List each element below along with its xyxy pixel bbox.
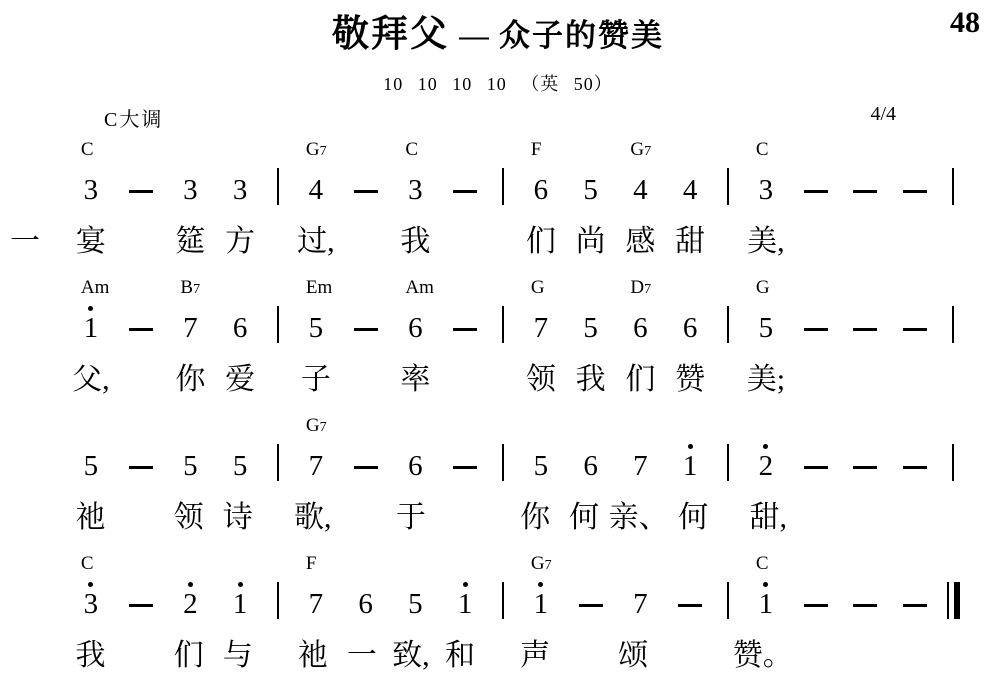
octave-dot-spacer xyxy=(313,306,318,311)
note-number: 6 xyxy=(408,313,423,343)
barline-glyph xyxy=(952,168,954,205)
chord-label: F xyxy=(531,139,542,161)
lyric-syllable: 方 xyxy=(225,221,255,263)
note-cell: 5 xyxy=(516,417,566,481)
note-number: 7 xyxy=(309,589,324,619)
duration-dash xyxy=(791,555,841,619)
barline xyxy=(490,555,516,619)
octave-dot xyxy=(88,306,93,311)
key-signature: C大调 xyxy=(104,103,163,132)
meter-info: 10 10 10 10 （英 50） xyxy=(0,70,996,95)
lyric-syllable: 们 xyxy=(526,221,556,263)
lyric-syllable: 何 xyxy=(569,497,599,539)
octave-dot-spacer xyxy=(763,306,768,311)
octave-dot-spacer xyxy=(188,306,193,311)
note-cell: G71 xyxy=(516,555,566,619)
dash-glyph xyxy=(354,190,378,193)
octave-dot xyxy=(188,582,193,587)
chord-label: B7 xyxy=(180,277,200,301)
barline-glyph xyxy=(952,306,954,343)
note-cell: 1 xyxy=(665,417,715,481)
notes-row: C321F7651G717C1 xyxy=(66,555,966,619)
lyric-syllable: 致, xyxy=(392,635,430,677)
note-number: 5 xyxy=(759,313,774,343)
chord-label: Em xyxy=(306,277,332,299)
dash-glyph xyxy=(853,190,877,193)
barline-glyph xyxy=(502,306,504,343)
note-number: 7 xyxy=(183,313,198,343)
notes-row: C333G74C3F65G744C3 xyxy=(66,141,966,205)
dash-glyph xyxy=(579,604,603,607)
chord-label: G7 xyxy=(630,139,651,163)
song-subtitle: 众子的赞美 xyxy=(499,18,664,53)
score-line: 555G77656712祂领诗歌,于你何亲、何甜, xyxy=(66,417,996,539)
note-number: 5 xyxy=(583,175,598,205)
barline xyxy=(940,141,966,205)
notes-row: 555G77656712 xyxy=(66,417,966,481)
note-cell: 6 xyxy=(665,279,715,343)
octave-dot-spacer xyxy=(588,444,593,449)
barline xyxy=(715,417,741,481)
lyric-syllable: 爱 xyxy=(225,359,255,401)
barline xyxy=(940,417,966,481)
note-cell: 7 xyxy=(616,417,666,481)
lyrics-row: 我们与祂一致,和声颂赞。 xyxy=(66,635,966,677)
note-cell: 6 xyxy=(215,279,265,343)
octave-dot-spacer xyxy=(88,444,93,449)
lyric-syllable: 们 xyxy=(625,359,655,401)
note-number: 7 xyxy=(633,589,648,619)
note-cell: 1 xyxy=(215,555,265,619)
barline-glyph xyxy=(727,306,729,343)
verse-number: 一 xyxy=(10,221,40,263)
note-cell: 3 xyxy=(215,141,265,205)
octave-dot-spacer xyxy=(413,444,418,449)
barline xyxy=(715,141,741,205)
note-number: 3 xyxy=(183,175,198,205)
dash-glyph xyxy=(453,328,477,331)
note-number: 6 xyxy=(583,451,598,481)
octave-dot-spacer xyxy=(313,444,318,449)
dash-glyph xyxy=(129,604,153,607)
dash-glyph xyxy=(804,190,828,193)
chord-label: C xyxy=(81,139,94,161)
barline-glyph xyxy=(952,444,954,481)
note-cell: C1 xyxy=(741,555,791,619)
note-cell: G74 xyxy=(291,141,341,205)
chord-label: G7 xyxy=(306,139,327,163)
note-number: 4 xyxy=(683,175,698,205)
dash-glyph xyxy=(804,604,828,607)
notes-row: Am1B776Em5Am6G75D766G5 xyxy=(66,279,966,343)
octave-dot-spacer xyxy=(238,168,243,173)
chord-seventh: 7 xyxy=(320,144,327,159)
note-number: 7 xyxy=(309,451,324,481)
lyric-syllable: 我 xyxy=(400,221,430,263)
lyric-syllable: 声 xyxy=(520,635,550,677)
note-number: 1 xyxy=(534,589,549,619)
note-cell: D76 xyxy=(616,279,666,343)
duration-dash xyxy=(665,555,715,619)
hymn-page: 48 敬拜父—众子的赞美 10 10 10 10 （英 50） C大调 4/4 … xyxy=(0,0,996,689)
note-number: 1 xyxy=(683,451,698,481)
barline-glyph xyxy=(277,582,279,619)
octave-dot-spacer xyxy=(638,444,643,449)
barline-glyph xyxy=(277,168,279,205)
time-signature: 4/4 xyxy=(870,103,896,126)
dash-glyph xyxy=(804,328,828,331)
lyric-syllable: 尚 xyxy=(576,221,606,263)
score-line: Am1B776Em5Am6G75D766G5父,你爱子率领我们赞美; xyxy=(66,279,996,401)
lyric-syllable: 美, xyxy=(747,221,785,263)
octave-dot xyxy=(688,444,693,449)
duration-dash xyxy=(890,417,940,481)
duration-dash xyxy=(890,279,940,343)
duration-dash xyxy=(341,417,391,481)
lyric-syllable: 与 xyxy=(223,635,253,677)
note-number: 3 xyxy=(84,589,99,619)
score-line: C321F7651G717C1我们与祂一致,和声颂赞。 xyxy=(66,555,996,677)
note-number: 5 xyxy=(183,451,198,481)
duration-dash xyxy=(791,141,841,205)
octave-dot-spacer xyxy=(538,168,543,173)
octave-dot-spacer xyxy=(763,168,768,173)
note-cell: 6 xyxy=(341,555,391,619)
barline xyxy=(490,417,516,481)
note-cell: 5 xyxy=(66,417,116,481)
note-cell: Am6 xyxy=(391,279,441,343)
duration-dash xyxy=(440,417,490,481)
barline-glyph xyxy=(727,444,729,481)
octave-dot-spacer xyxy=(238,306,243,311)
barline-glyph xyxy=(502,582,504,619)
chord-label: Am xyxy=(405,277,434,299)
duration-dash xyxy=(791,417,841,481)
lyric-syllable: 们 xyxy=(174,635,204,677)
octave-dot-spacer xyxy=(188,444,193,449)
octave-dot-spacer xyxy=(538,444,543,449)
lyric-syllable: 筵 xyxy=(175,221,205,263)
barline xyxy=(265,141,291,205)
chord-seventh: 7 xyxy=(644,144,651,159)
note-number: 2 xyxy=(759,451,774,481)
note-number: 5 xyxy=(583,313,598,343)
lyric-syllable: 宴 xyxy=(76,221,106,263)
note-cell: G7 xyxy=(516,279,566,343)
lyric-syllable: 歌, xyxy=(294,497,332,539)
octave-dot-spacer xyxy=(413,306,418,311)
octave-dot-spacer xyxy=(638,168,643,173)
page-number: 48 xyxy=(950,6,980,40)
lyric-syllable: 领 xyxy=(526,359,556,401)
lyric-syllable: 美; xyxy=(747,359,785,401)
chord-label: C xyxy=(405,139,418,161)
note-number: 5 xyxy=(233,451,248,481)
final-thick-bar xyxy=(954,582,960,619)
note-number: 5 xyxy=(534,451,549,481)
duration-dash xyxy=(341,141,391,205)
note-number: 4 xyxy=(309,175,324,205)
note-cell: 5 xyxy=(566,141,616,205)
note-cell: Am1 xyxy=(66,279,116,343)
duration-dash xyxy=(841,417,891,481)
chord-seventh: 7 xyxy=(193,282,200,297)
note-number: 5 xyxy=(84,451,99,481)
duration-dash xyxy=(116,417,166,481)
chord-seventh: 7 xyxy=(545,558,552,573)
chord-label: Am xyxy=(81,277,110,299)
note-number: 6 xyxy=(633,313,648,343)
barline xyxy=(940,279,966,343)
octave-dot xyxy=(88,582,93,587)
lyric-syllable: 一 xyxy=(347,635,377,677)
lyric-syllable: 诗 xyxy=(223,497,253,539)
note-cell: G77 xyxy=(291,417,341,481)
barline xyxy=(265,417,291,481)
lyric-syllable: 我 xyxy=(76,635,106,677)
octave-dot-spacer xyxy=(88,168,93,173)
barline-glyph xyxy=(502,168,504,205)
lyric-syllable: 你 xyxy=(175,359,205,401)
barline xyxy=(715,555,741,619)
lyric-syllable: 于 xyxy=(396,497,426,539)
dash-glyph xyxy=(853,328,877,331)
note-cell: 1 xyxy=(440,555,490,619)
note-cell: Em5 xyxy=(291,279,341,343)
duration-dash xyxy=(116,555,166,619)
lyric-syllable: 甜 xyxy=(675,221,705,263)
barline-glyph xyxy=(277,306,279,343)
score-line: C333G74C3F65G744C3一宴筵方过,我们尚感甜美, xyxy=(66,141,996,263)
note-number: 3 xyxy=(759,175,774,205)
note-number: 1 xyxy=(233,589,248,619)
note-cell: 6 xyxy=(566,417,616,481)
dash-glyph xyxy=(129,190,153,193)
note-cell: 6 xyxy=(391,417,441,481)
final-barline-glyph xyxy=(947,582,960,619)
octave-dot-spacer xyxy=(638,306,643,311)
note-number: 2 xyxy=(183,589,198,619)
note-number: 4 xyxy=(633,175,648,205)
lyric-syllable: 颂 xyxy=(618,635,648,677)
chord-label: G7 xyxy=(531,553,552,577)
lyric-syllable: 祂 xyxy=(298,635,328,677)
octave-dot-spacer xyxy=(688,168,693,173)
note-cell: 7 xyxy=(616,555,666,619)
note-cell: 4 xyxy=(665,141,715,205)
note-number: 6 xyxy=(358,589,373,619)
note-number: 5 xyxy=(309,313,324,343)
note-number: 1 xyxy=(458,589,473,619)
note-cell: B77 xyxy=(166,279,216,343)
lyric-syllable: 我 xyxy=(576,359,606,401)
barline xyxy=(265,279,291,343)
lyric-syllable: 赞。 xyxy=(733,635,793,677)
lyric-syllable: 祂 xyxy=(76,497,106,539)
duration-dash xyxy=(890,555,940,619)
lyric-syllable: 率 xyxy=(400,359,430,401)
title-separator: — xyxy=(459,20,489,53)
barline-glyph xyxy=(727,168,729,205)
chord-seventh: 7 xyxy=(320,420,327,435)
octave-dot-spacer xyxy=(588,168,593,173)
note-cell: 5 xyxy=(166,417,216,481)
dash-glyph xyxy=(129,466,153,469)
note-cell: C3 xyxy=(66,555,116,619)
octave-dot xyxy=(238,582,243,587)
note-cell: C3 xyxy=(66,141,116,205)
lyric-syllable: 父, xyxy=(72,359,110,401)
note-number: 6 xyxy=(233,313,248,343)
note-number: 6 xyxy=(534,175,549,205)
lyric-syllable: 亲、 xyxy=(609,497,669,539)
lyric-syllable: 领 xyxy=(174,497,204,539)
lyric-syllable: 你 xyxy=(520,497,550,539)
note-number: 3 xyxy=(408,175,423,205)
dash-glyph xyxy=(453,466,477,469)
key-time-row: C大调 4/4 xyxy=(0,103,996,131)
chord-label: F xyxy=(306,553,317,575)
duration-dash xyxy=(440,279,490,343)
dash-glyph xyxy=(354,328,378,331)
octave-dot-spacer xyxy=(413,168,418,173)
note-number: 1 xyxy=(84,313,99,343)
note-cell: C3 xyxy=(741,141,791,205)
duration-dash xyxy=(116,279,166,343)
note-cell: 5 xyxy=(391,555,441,619)
octave-dot-spacer xyxy=(313,168,318,173)
chord-label: G xyxy=(756,277,770,299)
duration-dash xyxy=(341,279,391,343)
dash-glyph xyxy=(453,190,477,193)
chord-label: C xyxy=(756,139,769,161)
barline-glyph xyxy=(277,444,279,481)
chord-label: C xyxy=(756,553,769,575)
note-cell: 3 xyxy=(166,141,216,205)
dash-glyph xyxy=(903,466,927,469)
note-cell: 2 xyxy=(166,555,216,619)
note-number: 6 xyxy=(683,313,698,343)
octave-dot-spacer xyxy=(588,306,593,311)
duration-dash xyxy=(791,279,841,343)
octave-dot-spacer xyxy=(413,582,418,587)
octave-dot-spacer xyxy=(238,444,243,449)
octave-dot-spacer xyxy=(638,582,643,587)
lyric-syllable: 赞 xyxy=(675,359,705,401)
dash-glyph xyxy=(129,328,153,331)
duration-dash xyxy=(566,555,616,619)
lyric-syllable: 甜, xyxy=(750,497,788,539)
lyric-syllable: 何 xyxy=(678,497,708,539)
duration-dash xyxy=(116,141,166,205)
chord-seventh: 7 xyxy=(644,282,651,297)
octave-dot xyxy=(763,582,768,587)
octave-dot xyxy=(463,582,468,587)
dash-glyph xyxy=(354,466,378,469)
song-title: 敬拜父 xyxy=(332,13,449,54)
chord-label: D7 xyxy=(630,277,651,301)
barline xyxy=(490,141,516,205)
octave-dot-spacer xyxy=(688,306,693,311)
lyric-syllable: 感 xyxy=(625,221,655,263)
score: C333G74C3F65G744C3一宴筵方过,我们尚感甜美,Am1B776Em… xyxy=(0,141,996,677)
note-cell: C3 xyxy=(391,141,441,205)
duration-dash xyxy=(841,279,891,343)
note-cell: G74 xyxy=(616,141,666,205)
chord-label: C xyxy=(81,553,94,575)
note-cell: 5 xyxy=(215,417,265,481)
note-number: 1 xyxy=(759,589,774,619)
dash-glyph xyxy=(853,604,877,607)
note-cell: 2 xyxy=(741,417,791,481)
dash-glyph xyxy=(903,328,927,331)
note-cell: 5 xyxy=(566,279,616,343)
octave-dot xyxy=(538,582,543,587)
lyric-syllable: 过, xyxy=(297,221,335,263)
lyric-syllable: 和 xyxy=(445,635,475,677)
lyrics-row: 一宴筵方过,我们尚感甜美, xyxy=(66,221,966,263)
dash-glyph xyxy=(853,466,877,469)
barline-glyph xyxy=(502,444,504,481)
note-cell: F7 xyxy=(291,555,341,619)
note-number: 3 xyxy=(84,175,99,205)
dash-glyph xyxy=(678,604,702,607)
chord-label: G7 xyxy=(306,415,327,439)
duration-dash xyxy=(841,141,891,205)
lyric-syllable: 子 xyxy=(301,359,331,401)
note-cell: F6 xyxy=(516,141,566,205)
note-number: 3 xyxy=(233,175,248,205)
note-cell: G5 xyxy=(741,279,791,343)
note-number: 7 xyxy=(633,451,648,481)
note-number: 6 xyxy=(408,451,423,481)
octave-dot-spacer xyxy=(188,168,193,173)
barline xyxy=(490,279,516,343)
note-number: 5 xyxy=(408,589,423,619)
chord-label: G xyxy=(531,277,545,299)
barline xyxy=(265,555,291,619)
octave-dot xyxy=(763,444,768,449)
dash-glyph xyxy=(804,466,828,469)
octave-dot-spacer xyxy=(313,582,318,587)
octave-dot-spacer xyxy=(363,582,368,587)
octave-dot-spacer xyxy=(538,306,543,311)
final-thin-bar xyxy=(947,582,949,619)
title-row: 敬拜父—众子的赞美 xyxy=(0,0,996,58)
dash-glyph xyxy=(903,190,927,193)
lyrics-row: 祂领诗歌,于你何亲、何甜, xyxy=(66,497,966,539)
barline xyxy=(715,279,741,343)
final-barline xyxy=(940,555,966,619)
note-number: 7 xyxy=(534,313,549,343)
barline-glyph xyxy=(727,582,729,619)
duration-dash xyxy=(841,555,891,619)
duration-dash xyxy=(890,141,940,205)
duration-dash xyxy=(440,141,490,205)
dash-glyph xyxy=(903,604,927,607)
lyrics-row: 父,你爱子率领我们赞美; xyxy=(66,359,966,401)
